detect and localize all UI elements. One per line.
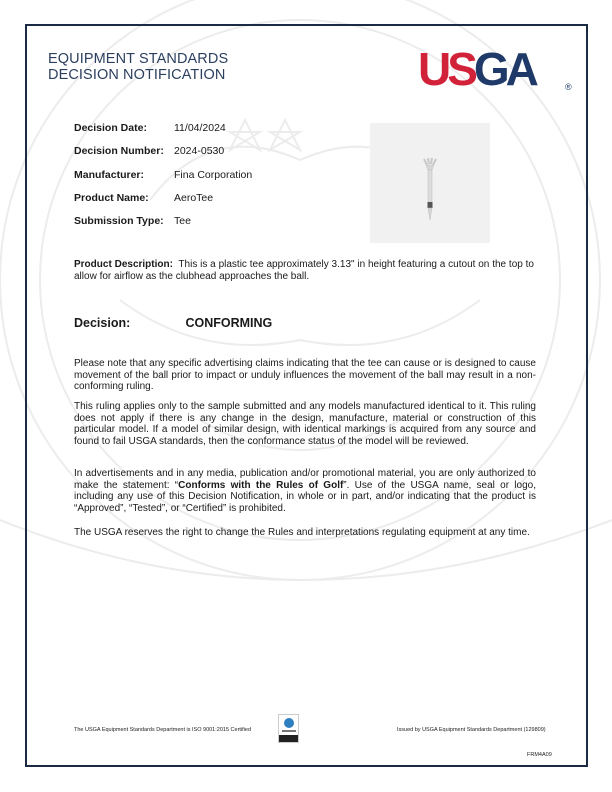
- field-submission-type: Submission Type: Tee: [74, 215, 252, 238]
- field-value: 11/04/2024: [174, 122, 226, 134]
- decision: Decision: CONFORMING: [74, 316, 272, 330]
- iso-certification-text: The USGA Equipment Standards Department …: [74, 727, 251, 733]
- ruling-scope-paragraph: This ruling applies only to the sample s…: [74, 401, 536, 447]
- product-description-label: Product Description:: [74, 259, 173, 270]
- field-value: Tee: [174, 215, 191, 227]
- field-value: 2024-0530: [174, 145, 224, 157]
- field-value: AeroTee: [174, 192, 213, 204]
- field-label: Decision Number:: [74, 145, 174, 157]
- logo-us: US: [418, 43, 474, 95]
- logo-ga: GA: [474, 43, 535, 95]
- form-code: FRM4A09: [527, 752, 552, 758]
- decision-fields: Decision Date: 11/04/2024 Decision Numbe…: [74, 122, 252, 238]
- decision-label: Decision:: [74, 316, 182, 330]
- field-decision-number: Decision Number: 2024-0530: [74, 145, 252, 168]
- usga-logo: USGA ®: [418, 46, 535, 92]
- field-decision-date: Decision Date: 11/04/2024: [74, 122, 252, 145]
- field-product-name: Product Name: AeroTee: [74, 192, 252, 215]
- product-description: Product Description: This is a plastic t…: [74, 259, 534, 283]
- field-label: Manufacturer:: [74, 169, 174, 181]
- field-manufacturer: Manufacturer: Fina Corporation: [74, 169, 252, 192]
- advertising-statement-paragraph: In advertisements and in any media, publ…: [74, 468, 536, 514]
- field-value: Fina Corporation: [174, 169, 252, 181]
- product-image: [370, 123, 490, 243]
- golf-tee-icon: [370, 123, 490, 243]
- field-label: Decision Date:: [74, 122, 174, 134]
- document-title: EQUIPMENT STANDARDS DECISION NOTIFICATIO…: [48, 51, 228, 83]
- title-line-2: DECISION NOTIFICATION: [48, 67, 228, 83]
- field-label: Product Name:: [74, 192, 174, 204]
- statement-bold: Conforms with the Rules of Golf: [178, 480, 343, 491]
- rules-reservation-paragraph: The USGA reserves the right to change th…: [74, 527, 536, 539]
- decision-value: CONFORMING: [185, 316, 272, 330]
- field-label: Submission Type:: [74, 215, 174, 227]
- iso-certification-badge-icon: [278, 714, 299, 743]
- registered-mark: ®: [565, 82, 572, 92]
- issued-by-text: Issued by USGA Equipment Standards Depar…: [397, 727, 546, 733]
- advertising-claims-paragraph: Please note that any specific advertisin…: [74, 358, 536, 393]
- title-line-1: EQUIPMENT STANDARDS: [48, 51, 228, 67]
